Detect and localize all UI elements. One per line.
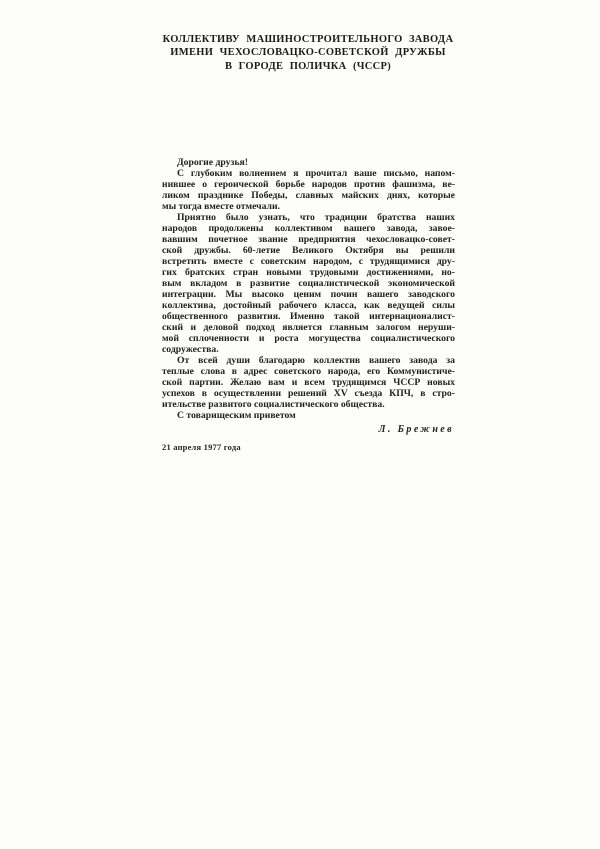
- paragraph: С товарищеским приветом: [162, 410, 455, 421]
- letter-line: вавшим почетное звание предприятия чехос…: [162, 234, 455, 245]
- letter-line: Приятно было узнать, что традиции братст…: [162, 212, 455, 223]
- paragraph: Дорогие друзья!: [162, 157, 455, 168]
- letter-line: успехов в осуществлении решений XV съезд…: [162, 388, 455, 399]
- letter-line: С товарищеским приветом: [162, 410, 455, 421]
- heading-line: В ГОРОДЕ ПОЛИЧКА (ЧССР): [158, 60, 458, 73]
- letter-line: мы тогда вместе отмечали.: [162, 201, 455, 212]
- date-line: 21 апреля 1977 года: [162, 442, 455, 453]
- letter-line: ский и деловой подход является главным з…: [162, 322, 455, 333]
- letter-line: общественного развития. Именно такой инт…: [162, 311, 455, 322]
- scanned-letter-page: КОЛЛЕКТИВУ МАШИНОСТРОИТЕЛЬНОГО ЗАВОДА ИМ…: [0, 0, 600, 849]
- heading-line: ИМЕНИ ЧЕХОСЛОВАЦКО-СОВЕТСКОЙ ДРУЖБЫ: [158, 46, 458, 59]
- letter-line: народов продолжены коллективом вашего за…: [162, 223, 455, 234]
- letter-line: ской партии. Желаю вам и всем трудящимся…: [162, 377, 455, 388]
- letter-line: ительстве развитого социалистического об…: [162, 399, 455, 410]
- letter-line: гих братских стран новыми трудовыми дост…: [162, 267, 455, 278]
- letter-line: С глубоким волнением я прочитал ваше пис…: [162, 168, 455, 179]
- letter-line: ской дружбы. 60-летие Великого Октября в…: [162, 245, 455, 256]
- letter-line: теплые слова в адрес советского народа, …: [162, 366, 455, 377]
- paragraph: С глубоким волнением я прочитал ваше пис…: [162, 168, 455, 212]
- letter-line: встретить вместе с советским народом, с …: [162, 256, 455, 267]
- paragraph: Приятно было узнать, что традиции братст…: [162, 212, 455, 355]
- letter-line: содружества.: [162, 344, 455, 355]
- letter-body: Дорогие друзья!С глубоким волнением я пр…: [162, 157, 455, 453]
- heading-line: КОЛЛЕКТИВУ МАШИНОСТРОИТЕЛЬНОГО ЗАВОДА: [158, 33, 458, 46]
- letter-line: мой сплоченности и роста могущества соци…: [162, 333, 455, 344]
- letter-line: Дорогие друзья!: [162, 157, 455, 168]
- letter-line: нившее о героической борьбе народов прот…: [162, 179, 455, 190]
- letter-line: интеграции. Мы высоко ценим почин вашего…: [162, 289, 455, 300]
- letter-line: От всей души благодарю коллектив вашего …: [162, 355, 455, 366]
- signature: Л. Брежнев: [162, 424, 455, 435]
- letter-line: вым вкладом в развитие социалистической …: [162, 278, 455, 289]
- letter-heading: КОЛЛЕКТИВУ МАШИНОСТРОИТЕЛЬНОГО ЗАВОДА ИМ…: [158, 33, 458, 73]
- paragraph: От всей души благодарю коллектив вашего …: [162, 355, 455, 410]
- letter-line: коллектива, достойный рабочего класса, к…: [162, 300, 455, 311]
- letter-line: ликом празднике Победы, славных майских …: [162, 190, 455, 201]
